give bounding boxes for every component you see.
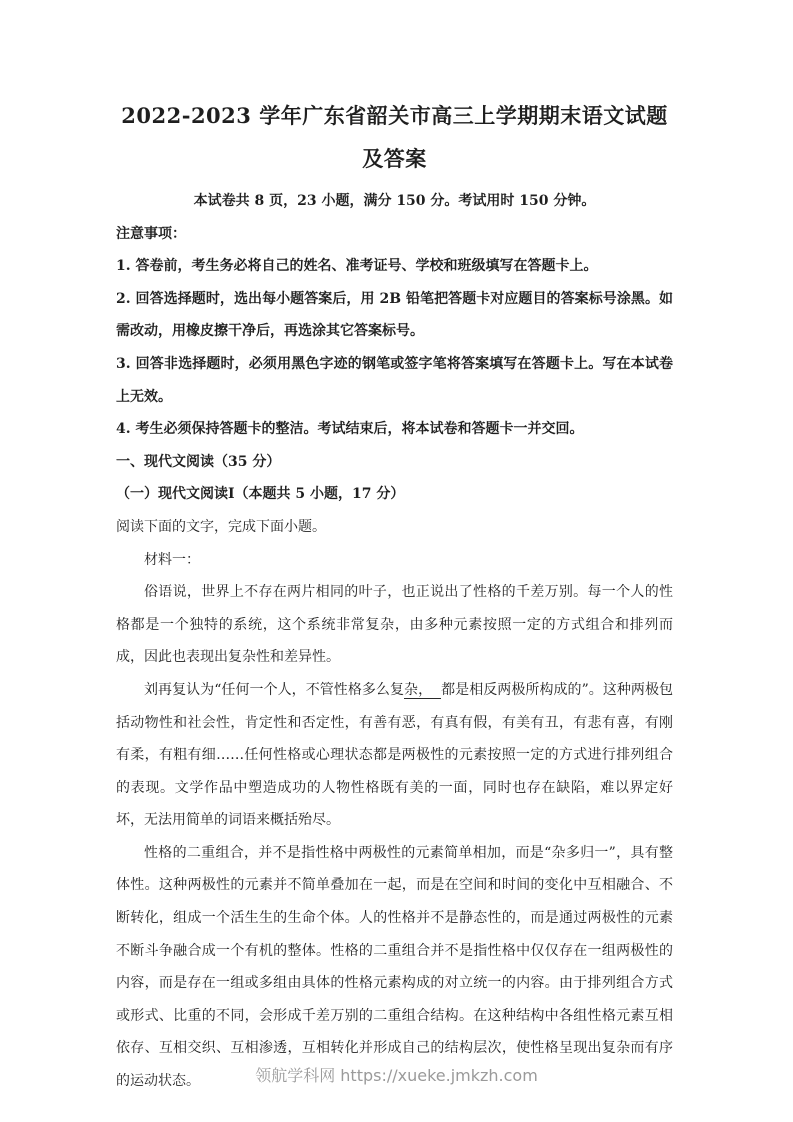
material-label: 材料一： xyxy=(116,544,673,577)
exam-info-line: 本试卷共 8 页，23 小题，满分 150 分。考试用时 150 分钟。 xyxy=(116,185,673,218)
section-heading-modern-reading: 一、现代文阅读（35 分） xyxy=(116,446,673,479)
exam-document-page: 2022-2023 学年广东省韶关市高三上学期期末语文试题及答案 本试卷共 8 … xyxy=(0,0,793,1122)
passage-paragraph-2-continuation: 都是相反两极所构成的”。这种两极包括动物性和社会性，肯定性和否定性，有善有恶，有… xyxy=(116,682,673,828)
passage-paragraph-2: 刘再复认为“任何一个人，不管性格多么复杂，都是相反两极所构成的”。这种两极包括动… xyxy=(116,674,673,837)
notice-item-2: 2. 回答选择题时，选出每小题答案后，用 2B 铅笔把答题卡对应题目的答案标号涂… xyxy=(116,283,673,348)
subsection-heading-reading-1: （一）现代文阅读Ⅰ（本题共 5 小题，17 分） xyxy=(116,478,673,511)
passage-paragraph-3: 性格的二重组合，并不是指性格中两极性的元素简单相加，而是“杂多归一”，具有整体性… xyxy=(116,837,673,1098)
passage-paragraph-1: 俗语说，世界上不存在两片相同的叶子，也正说出了性格的千差万别。每一个人的性格都是… xyxy=(116,576,673,674)
document-body: 本试卷共 8 页，23 小题，满分 150 分。考试用时 150 分钟。 注意事… xyxy=(116,185,673,1098)
notice-item-4: 4. 考生必须保持答题卡的整洁。考试结束后，将本试卷和答题卡一并交回。 xyxy=(116,413,673,446)
reading-instruction: 阅读下面的文字，完成下面小题。 xyxy=(116,511,673,544)
watermark-footer: 领航学科网 https://xueke.jmkzh.com xyxy=(0,1061,793,1091)
underlined-text: 杂， xyxy=(404,682,441,699)
notice-heading: 注意事项： xyxy=(116,218,673,251)
document-title: 2022-2023 学年广东省韶关市高三上学期期末语文试题及答案 xyxy=(116,94,673,180)
passage-paragraph-2-text: 刘再复认为“任何一个人，不管性格多么复 xyxy=(144,682,404,698)
notice-item-1: 1. 答卷前，考生务必将自己的姓名、准考证号、学校和班级填写在答题卡上。 xyxy=(116,250,673,283)
notice-item-3: 3. 回答非选择题时，必须用黑色字迹的钢笔或签字笔将答案填写在答题卡上。写在本试… xyxy=(116,348,673,413)
